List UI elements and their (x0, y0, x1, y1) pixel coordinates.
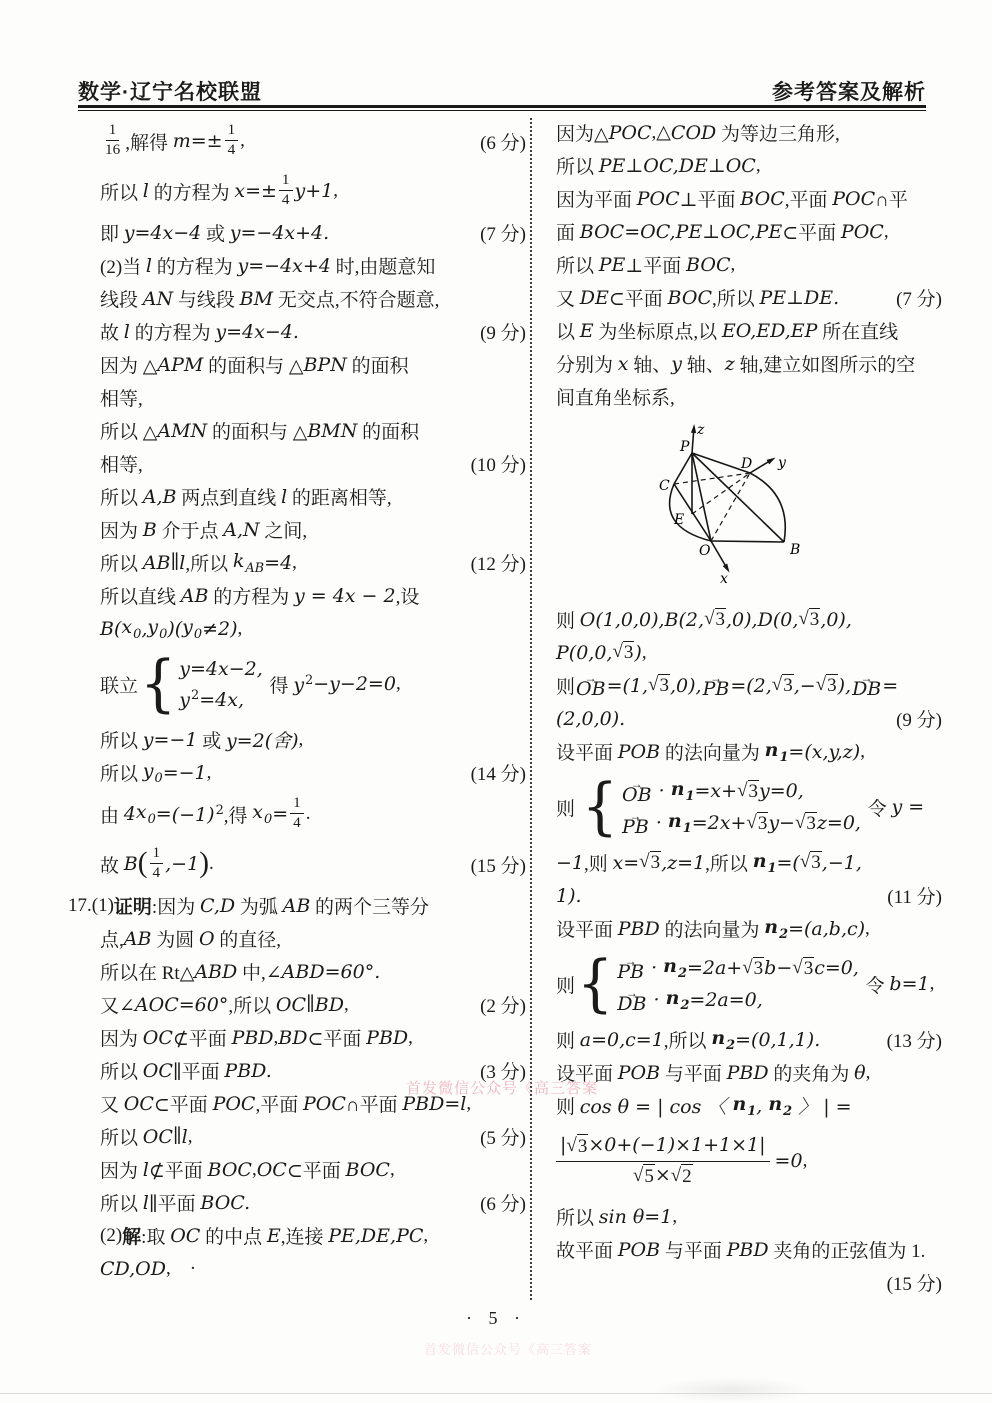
solution-line: 所以 y0=−1,(14 分) (100, 756, 526, 789)
solution-line: 则{→PB · n2=2a+√3b−√3c=0,→DB · n2=2a=0, 令… (556, 945, 942, 1023)
line-content: 以 E 为坐标原点,以 EO,ED,EP 所在直线 (556, 317, 898, 344)
solution-line: B(x0,y0)(y0≠2), (100, 612, 526, 645)
watermark-bottom: 首发微信公众号《高三答案 (424, 1339, 592, 1358)
solution-line: 点,AB 为圆 O 的直径, (100, 922, 526, 955)
line-content: 所以 PE⊥平面 BOC, (556, 251, 735, 278)
solution-line: (2)当 l 的方程为 y=−4x+4 时,由题意知 (100, 249, 526, 282)
line-content: 所以 l 的方程为 x=±14y+1, (100, 172, 338, 209)
solution-line: 即 y=4x−4 或 y=−4x+4.(7 分) (100, 216, 526, 249)
line-content: 设平面 PBD 的法向量为 n2=(a,b,c), (556, 915, 870, 942)
solution-line: 所以 l 的方程为 x=±14y+1, (100, 166, 526, 216)
solution-line: 所以 AB∥l,所以 kAB=4,(12 分) (100, 546, 526, 579)
line-content: (2)当 l 的方程为 y=−4x+4 时,由题意知 (100, 252, 435, 279)
line-content: 则 cos θ = | cos 〈 n1, n2 〉 | = (556, 1092, 852, 1119)
solution-line: 因为△POC,△COD 为等边三角形, (556, 116, 942, 149)
solution-line: 则 {→OB · n1=x+√3y=0,→PB · n1=2x+√3y−√3z=… (556, 768, 942, 846)
line-content: 所以 y0=−1, (100, 759, 211, 786)
line-content: 点,AB 为圆 O 的直径, (100, 925, 281, 952)
line-content: 则 a=0,c=1,所以 n2=(0,1,1). (556, 1026, 820, 1053)
solution-line: 线段 AN 与线段 BM 无交点,不符合题意, (100, 282, 526, 315)
solution-line: 116,解得 m=±14,(6 分) (100, 116, 526, 166)
solution-line: 所以 l∥平面 BOC.(6 分) (100, 1186, 526, 1219)
solution-line: 则 O(1,0,0),B(2,√3,0),D(0,√3,0), (556, 603, 942, 636)
score-label: (10 分) (463, 450, 526, 477)
solution-line: 又 DE⊂平面 BOC,所以 PE⊥DE.(7 分) (556, 281, 942, 314)
score-label: (13 分) (879, 1026, 942, 1053)
solution-line: 设平面 PBD 的法向量为 n2=(a,b,c), (556, 912, 942, 945)
line-content: −1,则 x=√3,z=1,所以 n1=(√3,−1, (556, 849, 862, 876)
score-label: (5 分) (472, 1123, 526, 1150)
page-number: · 5 · (0, 1308, 992, 1329)
score-label: (14 分) (463, 759, 526, 786)
line-content: 因为 OC⊄平面 PBD,BD⊂平面 PBD, (100, 1024, 413, 1051)
line-content: 所以直线 AB 的方程为 y = 4x − 2,设 (100, 582, 419, 609)
solution-line: 相等,(10 分) (100, 447, 526, 480)
solution-line: 17.(1)证明:因为 C,D 为弧 AB 的两个三等分 (68, 889, 526, 922)
solution-line: 所以 PE⊥平面 BOC, (556, 248, 942, 281)
header-rule (78, 105, 926, 111)
score-label: (9 分) (888, 705, 942, 732)
line-content: |√3×0+(−1)×1+1×1|√5×√2=0, (556, 1134, 807, 1189)
line-content: P(0,0,√3), (556, 641, 647, 664)
svg-text:O: O (699, 543, 711, 559)
line-content: 则 O(1,0,0),B(2,√3,0),D(0,√3,0), (556, 606, 852, 633)
line-content: 则{→PB · n2=2a+√3b−√3c=0,→DB · n2=2a=0, 令… (556, 955, 934, 1014)
line-content: 设平面 POB 的法向量为 n1=(x,y,z), (556, 738, 865, 765)
line-content: 所以 PE⊥OC,DE⊥OC, (556, 152, 761, 179)
solution-line: 由 4x0=(−1)2,得 x0=14. (100, 789, 526, 839)
svg-text:E: E (673, 512, 684, 528)
line-content: 1). (556, 885, 582, 907)
line-content: 分别为 x 轴、y 轴、z 轴,建立如图所示的空 (556, 350, 915, 377)
line-content: 所以 AB∥l,所以 kAB=4, (100, 549, 297, 576)
line-content: CD,OD, · (100, 1258, 196, 1280)
line-content: 所以 sin θ=1, (556, 1203, 677, 1230)
score-label: (6 分) (472, 128, 526, 155)
line-content: 所以在 Rt△ABD 中,∠ABD=60°. (100, 958, 380, 985)
line-content: 间直角坐标系, (556, 383, 675, 410)
line-content: 由 4x0=(−1)2,得 x0=14. (100, 795, 311, 832)
line-content: 因为平面 POC⊥平面 BOC,平面 POC∩平 (556, 185, 908, 212)
solution-line: 所以 y=−1 或 y=2(舍), (100, 723, 526, 756)
line-content: 所以 y=−1 或 y=2(舍), (100, 726, 303, 753)
line-content: 故平面 POB 与平面 PBD 夹角的正弦值为 1. (556, 1236, 925, 1263)
solution-line: 因为 OC⊄平面 PBD,BD⊂平面 PBD, (100, 1021, 526, 1054)
solution-line: 因为 △APM 的面积与 △BPN 的面积 (100, 348, 526, 381)
svg-text:C: C (659, 478, 670, 494)
line-content: 面 BOC=OC,PE⊥OC,PE⊂平面 POC, (556, 218, 889, 245)
watermark-middle: 首发微信公众号《高三答案 (406, 1077, 598, 1098)
line-content: 设平面 POB 与平面 PBD 的夹角为 θ, (556, 1059, 870, 1086)
subject-title: 数学·辽宁名校联盟 (78, 76, 262, 106)
solution-line: 面 BOC=OC,PE⊥OC,PE⊂平面 POC, (556, 215, 942, 248)
solution-line: CD,OD, · (100, 1252, 526, 1285)
solution-line: (15 分) (556, 1266, 942, 1299)
line-content: 因为△POC,△COD 为等边三角形, (556, 119, 840, 146)
solution-line: 所以 △AMN 的面积与 △BMN 的面积 (100, 414, 526, 447)
solution-line: 以 E 为坐标原点,以 EO,ED,EP 所在直线 (556, 314, 942, 347)
solution-line: 又∠AOC=60°,所以 OC∥BD,(2 分) (100, 988, 526, 1021)
solution-line: 所以在 Rt△ABD 中,∠ABD=60°. (100, 955, 526, 988)
line-content: 所以 △AMN 的面积与 △BMN 的面积 (100, 417, 419, 444)
solution-line: 所以 PE⊥OC,DE⊥OC, (556, 149, 942, 182)
line-content: 则 {→OB · n1=x+√3y=0,→PB · n1=2x+√3y−√3z=… (556, 778, 924, 837)
line-content: 所以 OC∥平面 PBD. (100, 1057, 272, 1084)
score-label: (2 分) (472, 991, 526, 1018)
line-content: 即 y=4x−4 或 y=−4x+4. (100, 219, 329, 246)
solution-line: 则→OB=(1,√3,0),→PB=(2,√3,−√3),→DB= (556, 669, 942, 702)
line-content: 联立{y=4x−2,y2=4x, 得 y2−y−2=0, (100, 656, 401, 713)
solution-line: 间直角坐标系, (556, 380, 942, 413)
line-content: 因为 △APM 的面积与 △BPN 的面积 (100, 351, 409, 378)
solution-line: P(0,0,√3), (556, 636, 942, 669)
line-content: 因为 B 介于点 A,N 之间, (100, 516, 307, 543)
spatial-coordinate-figure: zyxPCDEOB (604, 423, 942, 595)
score-label: (6 分) (472, 1189, 526, 1216)
line-content: 相等, (100, 450, 143, 477)
line-content: 所以 A,B 两点到直线 l 的距离相等, (100, 483, 392, 510)
solution-line: 因为 B 介于点 A,N 之间, (100, 513, 526, 546)
score-label: (15 分) (879, 1269, 942, 1296)
solution-line: 相等, (100, 381, 526, 414)
line-content: 又 DE⊂平面 BOC,所以 PE⊥DE. (556, 284, 839, 311)
line-content: 故 l 的方程为 y=4x−4. (100, 318, 299, 345)
solution-line: 因为平面 POC⊥平面 BOC,平面 POC∩平 (556, 182, 942, 215)
solution-line: 故 l 的方程为 y=4x−4.(9 分) (100, 315, 526, 348)
solution-line: |√3×0+(−1)×1+1×1|√5×√2=0, (556, 1122, 942, 1200)
solution-line: 所以 A,B 两点到直线 l 的距离相等, (100, 480, 526, 513)
solution-line: 设平面 POB 与平面 PBD 的夹角为 θ, (556, 1056, 942, 1089)
score-label: (15 分) (463, 851, 526, 878)
score-label: (9 分) (472, 318, 526, 345)
line-content: 线段 AN 与线段 BM 无交点,不符合题意, (100, 285, 439, 312)
solution-line: (2)解:取 OC 的中点 E,连接 PE,DE,PC, (100, 1219, 526, 1252)
page-edge-shadow (0, 1393, 992, 1395)
line-content: (2)解:取 OC 的中点 E,连接 PE,DE,PC, (100, 1222, 428, 1249)
solution-line: 因为 l⊄平面 BOC,OC⊂平面 BOC, (100, 1153, 526, 1186)
solution-line: 联立{y=4x−2,y2=4x, 得 y2−y−2=0, (100, 645, 526, 723)
line-content: 116,解得 m=±14, (100, 122, 245, 159)
solution-line: 分别为 x 轴、y 轴、z 轴,建立如图所示的空 (556, 347, 942, 380)
line-content: B(x0,y0)(y0≠2), (100, 616, 242, 642)
answer-key-title: 参考答案及解析 (772, 76, 926, 106)
score-label: (12 分) (463, 549, 526, 576)
left-column: 116,解得 m=±14,(6 分)所以 l 的方程为 x=±14y+1,即 y… (100, 116, 526, 1285)
solution-line: 则 a=0,c=1,所以 n2=(0,1,1).(13 分) (556, 1023, 942, 1056)
line-content: 所以 l∥平面 BOC. (100, 1189, 250, 1216)
figure-svg: zyxPCDEOB (604, 423, 844, 595)
scan-smudge (652, 1377, 812, 1403)
line-content: 则→OB=(1,√3,0),→PB=(2,√3,−√3),→DB= (556, 672, 898, 699)
solution-line: 故 B(14,−1).(15 分) (100, 839, 526, 889)
solution-line: 所以 sin θ=1, (556, 1200, 942, 1233)
line-content: 所以 OC∥l, (100, 1123, 193, 1150)
right-column: 因为△POC,△COD 为等边三角形,所以 PE⊥OC,DE⊥OC,因为平面 P… (556, 116, 942, 1299)
svg-text:D: D (740, 456, 752, 472)
solution-line: 所以直线 AB 的方程为 y = 4x − 2,设 (100, 579, 526, 612)
solution-line: 所以 OC∥l,(5 分) (100, 1120, 526, 1153)
line-content: 因为 l⊄平面 BOC,OC⊂平面 BOC, (100, 1156, 395, 1183)
line-content: 相等, (100, 384, 143, 411)
solution-line: −1,则 x=√3,z=1,所以 n1=(√3,−1, (556, 846, 942, 879)
score-label: (7 分) (472, 219, 526, 246)
line-content: (2,0,0). (556, 708, 625, 730)
solution-line: 则 cos θ = | cos 〈 n1, n2 〉 | = (556, 1089, 942, 1122)
svg-text:P: P (679, 439, 690, 455)
page-header: 数学·辽宁名校联盟 参考答案及解析 (78, 76, 926, 106)
solution-line: (2,0,0).(9 分) (556, 702, 942, 735)
svg-text:z: z (696, 423, 705, 438)
solution-line: 1).(11 分) (556, 879, 942, 912)
score-label: (7 分) (888, 284, 942, 311)
column-divider (530, 118, 532, 1300)
score-label: (11 分) (879, 882, 942, 909)
svg-text:B: B (789, 542, 800, 558)
svg-text:x: x (720, 571, 728, 587)
svg-text:y: y (777, 455, 787, 471)
solution-line: 设平面 POB 的法向量为 n1=(x,y,z), (556, 735, 942, 768)
solution-line: 故平面 POB 与平面 PBD 夹角的正弦值为 1. (556, 1233, 942, 1266)
line-content: 又∠AOC=60°,所以 OC∥BD, (100, 991, 349, 1018)
line-content: 故 B(14,−1). (100, 845, 214, 882)
line-content: 17.(1)证明:因为 C,D 为弧 AB 的两个三等分 (68, 892, 429, 919)
